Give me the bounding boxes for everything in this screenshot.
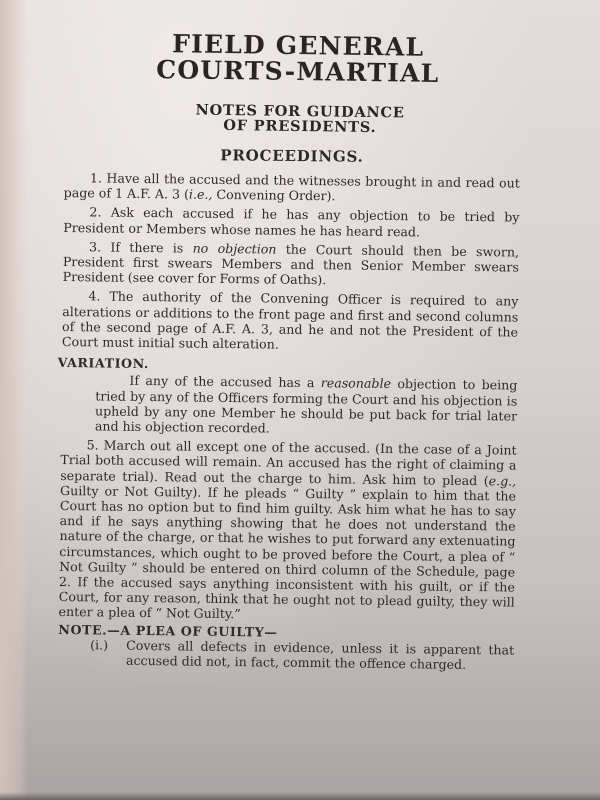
- paragraph-emphasis: i.e.,: [189, 187, 213, 202]
- note-item-text: Covers all defects in evidence, unless i…: [126, 638, 514, 673]
- paragraph-4: 4. The authority of the Convening Office…: [62, 288, 519, 354]
- document-body: 1. Have all the accused and the witnesse…: [58, 170, 520, 673]
- paragraph-text: 5. March out all except one of the accus…: [60, 438, 517, 488]
- document-title: FIELD GENERAL COURTS-MARTIAL: [148, 31, 449, 87]
- variation-paragraph: If any of the accused has a reasonable o…: [95, 373, 518, 439]
- paragraph-emphasis: e.g.,: [489, 473, 517, 488]
- paragraph-text: Convening Order).: [212, 187, 335, 204]
- paragraph-text: 3. If there is: [89, 239, 193, 255]
- section-heading: PROCEEDINGS.: [212, 146, 372, 166]
- paragraph-emphasis: no objection: [193, 240, 277, 256]
- paragraph-5: 5. March out all except one of the accus…: [59, 437, 517, 625]
- note-item: (i.) Covers all defects in evidence, unl…: [90, 637, 514, 673]
- paragraph-text: Guilty or Not Guilty). If he pleads “ Gu…: [59, 483, 517, 622]
- paragraph-3: 3. If there is no objection the Court sh…: [63, 239, 520, 290]
- document-subtitle: NOTES FOR GUIDANCE OF PRESIDENTS.: [170, 102, 430, 136]
- note-item-number: (i.): [90, 637, 126, 668]
- document-page: FIELD GENERAL COURTS-MARTIAL NOTES FOR G…: [0, 0, 600, 800]
- paragraph-2: 2. Ask each accused if he has any object…: [63, 204, 519, 240]
- variation-block: If any of the accused has a reasonable o…: [95, 373, 518, 439]
- title-line-2: COURTS-MARTIAL: [148, 57, 448, 87]
- paragraph-emphasis: reasonable: [321, 376, 391, 392]
- paragraph-1: 1. Have all the accused and the witnesse…: [64, 170, 520, 206]
